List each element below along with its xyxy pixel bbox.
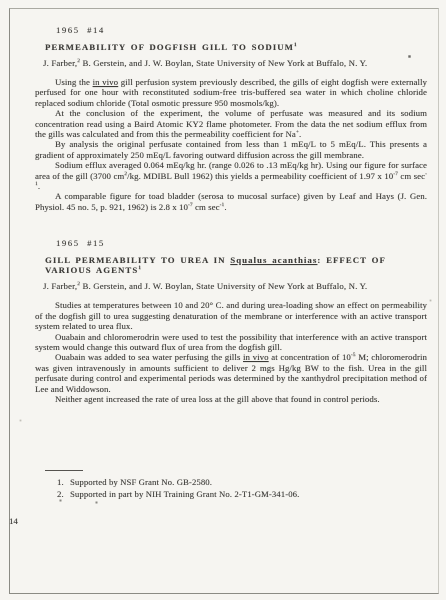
paragraph: Using the in vivo gill perfusion system … [35,77,427,108]
page-content: 1965 #14 PERMEABILITY OF DOGFISH GILL TO… [35,25,427,526]
abstract-number: 1965 #14 [56,25,427,35]
footnotes: 1. Supported by NSF Grant No. GB-2580. 2… [57,470,427,500]
abstract-body: Using the in vivo gill perfusion system … [35,77,427,212]
footnote-1: 1. Supported by NSF Grant No. GB-2580. [57,476,427,488]
scan-speckles [0,0,1,1]
footnote-2: 2. Supported in part by NIH Training Gra… [57,488,427,500]
paragraph: Ouabain was added to sea water perfusing… [35,352,427,394]
abstract-title: PERMEABILITY OF DOGFISH GILL TO SODIUM1 [45,42,427,52]
abstract-1965-15: 1965 #15 GILL PERMEABILITY TO UREA IN Sq… [35,238,427,404]
footnote-label: 2. [57,488,70,500]
abstract-1965-14: 1965 #14 PERMEABILITY OF DOGFISH GILL TO… [35,25,427,212]
footnote-label: 1. [57,476,70,488]
footnote-text: Supported in part by NIH Training Grant … [70,488,299,500]
abstract-number: 1965 #15 [56,238,427,248]
abstract-body: Studies at temperatures between 10 and 2… [35,300,427,404]
paragraph: Ouabain and chloromerodrin were used to … [35,332,427,353]
footnote-text: Supported by NSF Grant No. GB-2580. [70,476,212,488]
paragraph: Neither agent increased the rate of urea… [35,394,427,404]
paragraph: Studies at temperatures between 10 and 2… [35,300,427,331]
abstract-authors: J. Farber,2 B. Gerstein, and J. W. Boyla… [43,58,427,68]
paragraph: Sodium efflux averaged 0.064 mEq/kg hr. … [35,160,427,191]
abstract-title: GILL PERMEABILITY TO UREA IN Squalus aca… [45,255,427,275]
paragraph: At the conclusion of the experiment, the… [35,108,427,139]
abstract-authors: J. Farber,2 B. Gerstein, and J. W. Boyla… [43,281,427,291]
page-number: 14 [9,516,427,526]
paragraph: A comparable figure for toad bladder (se… [35,191,427,212]
paragraph: By analysis the original perfusate conta… [35,139,427,160]
footnote-separator [45,470,83,471]
scanned-page: 1965 #14 PERMEABILITY OF DOGFISH GILL TO… [0,0,446,600]
